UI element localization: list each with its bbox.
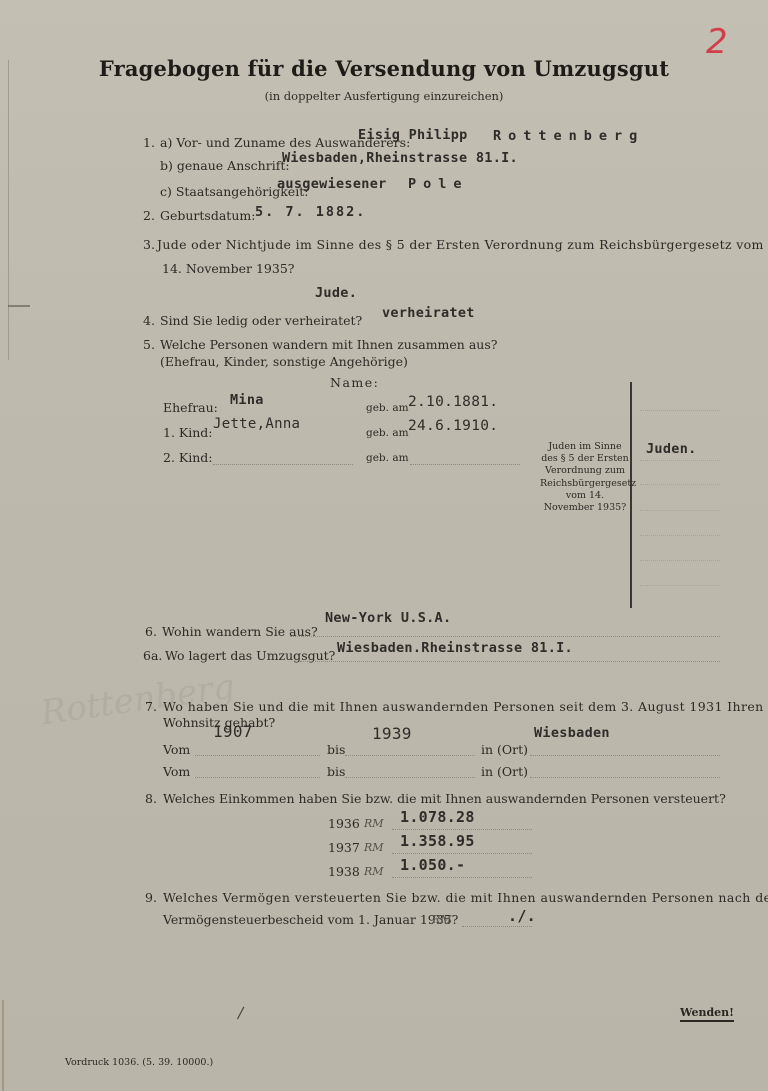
q8-line xyxy=(392,853,532,854)
q9-line xyxy=(462,926,532,927)
q5-number: 5. xyxy=(143,337,155,352)
q5-row-name[interactable]: Jette,Anna xyxy=(213,416,300,432)
q5-label-line2: (Ehefrau, Kinder, sonstige Angehörige) xyxy=(160,354,408,369)
q8-year: 1937 xyxy=(328,840,360,855)
q8-line xyxy=(392,877,532,878)
q8-year: 1938 xyxy=(328,864,360,879)
q5-name-header: Name: xyxy=(330,375,379,390)
q2-number: 2. xyxy=(143,208,155,223)
q5-row-label: 2. Kind: xyxy=(163,450,213,465)
q5-row-label: Ehefrau: xyxy=(163,400,218,415)
q6a-number: 6a. xyxy=(143,648,162,663)
side-line xyxy=(640,535,720,536)
q8-label: Welches Einkommen haben Sie bzw. die mit… xyxy=(163,791,726,806)
q3-label-line2: 14. November 1935? xyxy=(162,261,295,276)
q7-to-label: bis xyxy=(327,764,345,779)
pen-mark: / xyxy=(236,1003,245,1023)
q9-currency: RM xyxy=(432,913,452,926)
q8-number: 8. xyxy=(145,791,157,806)
q9-label-line2: Vermögensteuerbescheid vom 1. Januar 193… xyxy=(163,912,458,927)
side-line xyxy=(640,460,720,461)
q7-from-line xyxy=(195,755,320,756)
q9-number: 9. xyxy=(145,890,157,905)
q6a-line xyxy=(300,661,720,662)
form-title: Fragebogen für die Versendung von Umzugs… xyxy=(0,56,768,81)
ink-mark xyxy=(8,305,30,307)
q5-row-born[interactable]: 2.10.1881. xyxy=(408,394,498,410)
q7-place-line xyxy=(530,755,720,756)
q7-to-line[interactable] xyxy=(345,777,475,778)
q6-line xyxy=(290,636,720,637)
q5-row-born[interactable]: 24.6.1910. xyxy=(408,418,498,434)
q7-place-line[interactable] xyxy=(530,777,720,778)
page-edge xyxy=(2,1000,4,1091)
q8-currency: RM xyxy=(364,817,384,830)
q4-number: 4. xyxy=(143,313,155,328)
q7-from-value[interactable]: 1907 xyxy=(213,722,253,741)
q5-born-label: geb. am xyxy=(366,452,409,464)
q8-currency: RM xyxy=(364,841,384,854)
q5-row-name-line[interactable] xyxy=(213,464,353,465)
q2-label: Geburtsdatum: xyxy=(160,208,255,223)
q3-number: 3. xyxy=(143,237,155,252)
side-line xyxy=(640,410,720,411)
q7-from-label: Vom xyxy=(163,764,190,779)
q8-currency: RM xyxy=(364,865,384,878)
q7-label-line1: Wo haben Sie und die mit Ihnen auswander… xyxy=(163,699,764,714)
q1-number: 1. xyxy=(143,135,155,150)
q5-label-line1: Welche Personen wandern mit Ihnen zusamm… xyxy=(160,337,497,352)
q4-value[interactable]: verheiratet xyxy=(382,305,475,321)
q8-amount[interactable]: 1.078.28 xyxy=(400,808,475,826)
q1c-value-last[interactable]: Pole xyxy=(408,176,469,192)
side-line xyxy=(640,560,720,561)
q7-place-value[interactable]: Wiesbaden xyxy=(534,725,610,741)
side-line xyxy=(640,585,720,586)
q5-born-label: geb. am xyxy=(366,427,409,439)
q7-to-value[interactable]: 1939 xyxy=(372,724,412,743)
section-divider xyxy=(630,382,632,608)
q9-value[interactable]: ./. xyxy=(508,907,536,925)
form-page: 2 Fragebogen für die Versendung von Umzu… xyxy=(0,0,768,1091)
q5-row-born-line[interactable] xyxy=(410,464,520,465)
q7-to-line xyxy=(345,755,475,756)
q4-label: Sind Sie ledig oder verheiratet? xyxy=(160,313,362,328)
q8-year: 1936 xyxy=(328,816,360,831)
q5-born-label: geb. am xyxy=(366,402,409,414)
q7-from-label: Vom xyxy=(163,742,190,757)
q1b-value[interactable]: Wiesbaden,Rheinstrasse 81.I. xyxy=(282,150,518,166)
q1a-value-last[interactable]: Rottenberg xyxy=(493,128,644,144)
q1c-value-first[interactable]: ausgewiesener xyxy=(277,176,387,192)
q1b-label: b) genaue Anschrift: xyxy=(160,158,290,173)
q5-side-value[interactable]: Juden. xyxy=(646,441,697,457)
q9-label-line1: Welches Vermögen versteuerten Sie bzw. d… xyxy=(163,890,768,905)
q7-to-label: bis xyxy=(327,742,345,757)
q5-row-name[interactable]: Mina xyxy=(230,392,264,408)
q6-value[interactable]: New-York U.S.A. xyxy=(325,610,451,626)
q3-label-line1: Jude oder Nichtjude im Sinne des § 5 der… xyxy=(157,237,764,252)
form-subtitle: (in doppelter Ausfertigung einzureichen) xyxy=(0,89,768,103)
q8-amount[interactable]: 1.358.95 xyxy=(400,832,475,850)
q7-place-label: in (Ort) xyxy=(481,742,528,757)
q6a-value[interactable]: Wiesbaden.Rheinstrasse 81.I. xyxy=(337,640,573,656)
q1a-value-first[interactable]: Eisig Philipp xyxy=(358,127,468,143)
turn-page-note: Wenden! xyxy=(680,1006,734,1022)
q3-value[interactable]: Jude. xyxy=(315,285,357,301)
q2-value[interactable]: 5. 7. 1882. xyxy=(255,204,366,220)
form-footer: Vordruck 1036. (5. 39. 10000.) xyxy=(65,1057,213,1068)
q5-side-note: Juden im Sinne des § 5 der Ersten Verord… xyxy=(540,441,630,514)
q7-number: 7. xyxy=(145,699,157,714)
q7-from-line[interactable] xyxy=(195,777,320,778)
q8-amount[interactable]: 1.050.- xyxy=(400,856,465,874)
q7-place-label: in (Ort) xyxy=(481,764,528,779)
side-line xyxy=(640,510,720,511)
page-edge xyxy=(8,60,9,360)
q8-line xyxy=(392,829,532,830)
q6-number: 6. xyxy=(145,624,157,639)
side-line xyxy=(640,484,720,485)
q5-row-label: 1. Kind: xyxy=(163,425,213,440)
